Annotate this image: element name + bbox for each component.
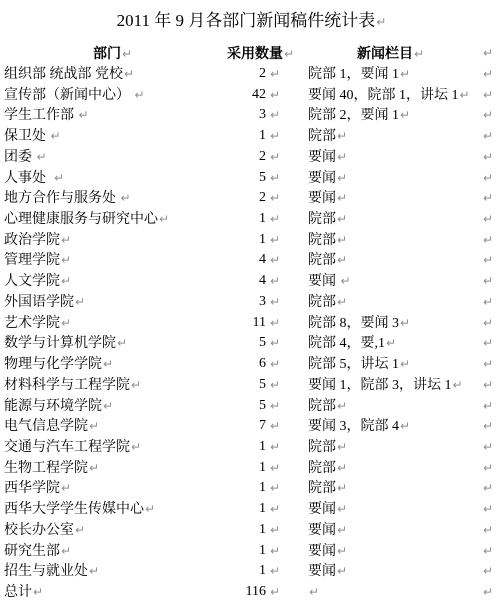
cell-news-columns: 院部 2，要闻 1↵	[308, 105, 410, 127]
row-end-mark-icon: ↵	[482, 333, 493, 354]
paragraph-mark-icon: ↵	[88, 419, 99, 433]
cell-count: 1	[170, 541, 266, 562]
paragraph-mark-icon: ↵	[336, 440, 347, 454]
row-end-mark-icon: ↵	[482, 416, 493, 437]
cell-news-columns: 要闻↵	[308, 168, 347, 190]
news-columns-text: 院部	[308, 212, 336, 227]
paragraph-mark-icon: ↵	[32, 585, 43, 599]
cell-news-columns: 院部↵	[308, 230, 347, 252]
paragraph-mark-icon: ↵	[121, 47, 132, 61]
paragraph-mark-icon: ↵	[269, 188, 280, 209]
news-columns-text: 院部	[308, 253, 336, 268]
cell-count: 5	[170, 333, 266, 354]
cell-department: 物理与化学学院↵	[4, 354, 113, 376]
cell-count: 4	[170, 271, 266, 292]
news-columns-text: 要闻	[308, 150, 336, 165]
cell-news-columns: 院部 1，要闻 1↵	[308, 64, 410, 86]
paragraph-mark-icon: ↵	[336, 481, 347, 495]
cell-count: 2	[170, 147, 266, 168]
paragraph-mark-icon: ↵	[459, 88, 470, 102]
cell-count: 1	[170, 458, 266, 479]
paragraph-mark-icon: ↵	[269, 147, 280, 168]
cell-news-columns: 院部↵	[308, 458, 347, 480]
paragraph-mark-icon: ↵	[269, 478, 280, 499]
news-columns-text: 要闻	[308, 191, 336, 206]
cell-news-columns: ↵	[308, 582, 319, 604]
table-row: 宣传部（新闻中心） ↵ 42 ↵ 要闻 40，院部 1，讲坛 1↵ ↵	[0, 85, 503, 106]
cell-department: 研究生部↵	[4, 541, 71, 563]
cell-news-columns: 院部↵	[308, 209, 347, 231]
cell-department: 政治学院↵	[4, 230, 71, 252]
row-end-mark-icon: ↵	[482, 250, 493, 271]
paragraph-mark-icon: ↵	[130, 440, 141, 454]
cell-news-columns: 要闻↵	[308, 499, 347, 521]
cell-count: 1	[170, 209, 266, 230]
news-columns-text: 要闻	[308, 564, 336, 579]
department-text: 艺术学院	[4, 316, 60, 331]
page-title: 2011 年 9 月各部门新闻稿件统计表	[117, 11, 376, 30]
paragraph-mark-icon: ↵	[336, 212, 347, 226]
cell-count: 1	[170, 499, 266, 520]
department-text: 总计	[4, 585, 32, 600]
cell-count: 1	[170, 478, 266, 499]
paragraph-mark-icon: ↵	[123, 67, 134, 81]
paragraph-mark-icon: ↵	[269, 416, 280, 437]
cell-news-columns: 院部↵	[308, 437, 347, 459]
department-text: 保卫处	[4, 129, 50, 144]
cell-department: 外国语学院↵	[4, 292, 85, 314]
table-row: 能源与环境学院↵ 5 ↵ 院部↵ ↵	[0, 396, 503, 417]
paragraph-mark-icon: ↵	[336, 461, 347, 475]
paragraph-mark-icon: ↵	[269, 396, 280, 417]
table-row: 招生与就业处↵ 1 ↵ 要闻↵ ↵	[0, 561, 503, 582]
paragraph-mark-icon: ↵	[269, 499, 280, 520]
paragraph-mark-icon: ↵	[102, 357, 113, 371]
department-text: 学生工作部	[4, 108, 78, 123]
header-department: 部门	[93, 45, 121, 61]
table-header: 部门↵ 采用数量↵ 新闻栏目↵ ↵	[0, 43, 503, 64]
news-columns-text: 院部 4，要,1	[308, 336, 385, 351]
row-end-mark-icon: ↵	[482, 188, 493, 209]
paragraph-mark-icon: ↵	[50, 129, 61, 143]
paragraph-mark-icon: ↵	[88, 564, 99, 578]
paragraph-mark-icon: ↵	[269, 85, 280, 106]
cell-count: 7	[170, 416, 266, 437]
department-text: 校长办公室	[4, 523, 74, 538]
paragraph-mark-icon: ↵	[336, 564, 347, 578]
cell-count: 1	[170, 520, 266, 541]
row-end-mark-icon: ↵	[482, 64, 493, 85]
department-text: 人文学院	[4, 274, 60, 289]
paragraph-mark-icon: ↵	[88, 461, 99, 475]
cell-department: 材料科学与工程学院↵	[4, 375, 141, 397]
department-text: 西华学院	[4, 481, 60, 496]
row-end-mark-icon: ↵	[482, 354, 493, 375]
document-page: 2011 年 9 月各部门新闻稿件统计表↵ 部门↵ 采用数量↵ 新闻栏目↵ ↵ …	[0, 0, 503, 611]
row-end-mark-icon: ↵	[482, 478, 493, 499]
header-count-cell: 采用数量↵	[227, 43, 294, 65]
cell-department: 管理学院↵	[4, 250, 71, 272]
news-columns-text: 院部	[308, 399, 336, 414]
department-text: 数学与计算机学院	[4, 336, 116, 351]
table-row: 艺术学院↵ 11 ↵ 院部 8，要闻 3↵ ↵	[0, 313, 503, 334]
cell-news-columns: 要闻 ↵	[308, 271, 351, 293]
cell-department: 交通与汽车工程学院↵	[4, 437, 141, 459]
news-columns-text: 要闻	[308, 523, 336, 538]
row-end-mark-icon: ↵	[482, 313, 493, 334]
paragraph-mark-icon: ↵	[336, 544, 347, 558]
paragraph-mark-icon: ↵	[269, 582, 280, 603]
row-end-mark-icon: ↵	[482, 105, 493, 126]
department-text: 心理健康服务与研究中心	[4, 212, 158, 227]
cell-count: 2	[170, 64, 266, 85]
paragraph-mark-icon: ↵	[269, 313, 280, 334]
paragraph-mark-icon: ↵	[269, 520, 280, 541]
row-end-mark-icon: ↵	[482, 230, 493, 251]
paragraph-mark-icon: ↵	[399, 67, 410, 81]
news-columns-text: 院部 2，要闻 1	[308, 108, 399, 123]
cell-count: 4	[170, 250, 266, 271]
news-columns-text: 院部 1，要闻 1	[308, 67, 399, 82]
paragraph-mark-icon: ↵	[336, 399, 347, 413]
row-end-mark-icon: ↵	[482, 375, 493, 396]
cell-department: 保卫处 ↵	[4, 126, 61, 148]
cell-count: 1	[170, 126, 266, 147]
row-end-mark-icon: ↵	[482, 499, 493, 520]
paragraph-mark-icon: ↵	[102, 399, 113, 413]
cell-news-columns: 要闻↵	[308, 147, 347, 169]
row-end-mark-icon: ↵	[482, 126, 493, 147]
paragraph-mark-icon: ↵	[269, 561, 280, 582]
table-row: 人文学院↵ 4 ↵ 要闻 ↵ ↵	[0, 271, 503, 292]
row-end-mark-icon: ↵	[482, 520, 493, 541]
department-text: 宣传部（新闻中心）	[4, 88, 134, 103]
table-row: 组织部 统战部 党校↵ 2 ↵ 院部 1，要闻 1↵ ↵	[0, 64, 503, 85]
cell-news-columns: 要闻 40，院部 1，讲坛 1↵	[308, 85, 470, 107]
cell-news-columns: 要闻 3，院部 4↵	[308, 416, 410, 438]
paragraph-mark-icon: ↵	[336, 502, 347, 516]
paragraph-mark-icon: ↵	[60, 316, 71, 330]
paragraph-mark-icon: ↵	[452, 378, 463, 392]
cell-news-columns: 要闻↵	[308, 561, 347, 583]
paragraph-mark-icon: ↵	[269, 250, 280, 271]
paragraph-mark-icon: ↵	[269, 168, 280, 189]
department-text: 管理学院	[4, 253, 60, 268]
row-end-mark-icon: ↵	[482, 85, 493, 106]
table-row: 材料科学与工程学院↵ 5 ↵ 要闻 1，院部 3，讲坛 1↵ ↵	[0, 375, 503, 396]
paragraph-mark-icon: ↵	[385, 336, 396, 350]
department-text: 交通与汽车工程学院	[4, 440, 130, 455]
news-columns-text: 要闻	[308, 171, 336, 186]
news-columns-text: 院部	[308, 481, 336, 496]
cell-news-columns: 要闻↵	[308, 188, 347, 210]
department-text: 政治学院	[4, 233, 60, 248]
department-text: 外国语学院	[4, 295, 74, 310]
news-columns-text: 院部 5，讲坛 1	[308, 357, 399, 372]
paragraph-mark-icon: ↵	[336, 253, 347, 267]
cell-count: 116	[170, 582, 266, 603]
cell-department: 宣传部（新闻中心） ↵	[4, 85, 145, 107]
cell-count: 5	[170, 375, 266, 396]
paragraph-mark-icon: ↵	[269, 126, 280, 147]
news-columns-text: 要闻 40，院部 1，讲坛 1	[308, 88, 459, 103]
paragraph-mark-icon: ↵	[60, 274, 71, 288]
department-text: 电气信息学院	[4, 419, 88, 434]
news-columns-text: 院部	[308, 440, 336, 455]
cell-news-columns: 院部 4，要,1↵	[308, 333, 396, 355]
table-row: 学生工作部 ↵ 3 ↵ 院部 2，要闻 1↵ ↵	[0, 105, 503, 126]
cell-department: 艺术学院↵	[4, 313, 71, 335]
cell-department: 数学与计算机学院↵	[4, 333, 127, 355]
department-text: 物理与化学学院	[4, 357, 102, 372]
department-text: 生物工程学院	[4, 461, 88, 476]
row-end-mark-icon: ↵	[482, 561, 493, 582]
paragraph-mark-icon: ↵	[60, 233, 71, 247]
cell-count: 1	[170, 230, 266, 251]
cell-news-columns: 院部↵	[308, 126, 347, 148]
header-columns: 新闻栏目	[357, 45, 413, 61]
cell-count: 2	[170, 188, 266, 209]
table-row: 校长办公室↵ 1 ↵ 要闻↵ ↵	[0, 520, 503, 541]
cell-count: 6	[170, 354, 266, 375]
paragraph-mark-icon: ↵	[74, 295, 85, 309]
cell-department: 学生工作部 ↵	[4, 105, 89, 127]
news-columns-text: 要闻	[308, 274, 340, 289]
cell-department: 西华大学学生传媒中心↵	[4, 499, 155, 521]
department-text: 研究生部	[4, 544, 60, 559]
cell-news-columns: 院部 8，要闻 3↵	[308, 313, 410, 335]
paragraph-mark-icon: ↵	[269, 64, 280, 85]
news-columns-text: 院部 8，要闻 3	[308, 316, 399, 331]
table-row: 西华学院↵ 1 ↵ 院部↵ ↵	[0, 478, 503, 499]
cell-department: 人文学院↵	[4, 271, 71, 293]
paragraph-mark-icon: ↵	[269, 333, 280, 354]
cell-department: 电气信息学院↵	[4, 416, 99, 438]
header-count: 采用数量	[227, 45, 283, 61]
paragraph-mark-icon: ↵	[269, 354, 280, 375]
table-row: 团委 ↵ 2 ↵ 要闻↵ ↵	[0, 147, 503, 168]
cell-news-columns: 院部↵	[308, 396, 347, 418]
department-text: 招生与就业处	[4, 564, 88, 579]
paragraph-mark-icon: ↵	[340, 274, 351, 288]
table-row: 地方合作与服务处 ↵ 2 ↵ 要闻↵ ↵	[0, 188, 503, 209]
row-end-mark-icon: ↵	[482, 168, 493, 189]
cell-count: 1	[170, 561, 266, 582]
paragraph-mark-icon: ↵	[60, 544, 71, 558]
paragraph-mark-icon: ↵	[269, 271, 280, 292]
row-end-mark-icon: ↵	[482, 271, 493, 292]
news-columns-text: 要闻	[308, 544, 336, 559]
paragraph-mark-icon: ↵	[130, 378, 141, 392]
paragraph-mark-icon: ↵	[134, 88, 145, 102]
news-columns-text: 院部	[308, 233, 336, 248]
paragraph-mark-icon: ↵	[336, 233, 347, 247]
department-text: 团委	[4, 150, 36, 165]
cell-news-columns: 院部 5，讲坛 1↵	[308, 354, 410, 376]
paragraph-mark-icon: ↵	[413, 47, 424, 61]
table-row: 心理健康服务与研究中心↵ 1 ↵ 院部↵ ↵	[0, 209, 503, 230]
cell-count: 5	[170, 168, 266, 189]
department-text: 地方合作与服务处	[4, 191, 120, 206]
table-row: 电气信息学院↵ 7 ↵ 要闻 3，院部 4↵ ↵	[0, 416, 503, 437]
news-columns-text: 院部	[308, 295, 336, 310]
cell-count: 42	[170, 85, 266, 106]
table-body: 组织部 统战部 党校↵ 2 ↵ 院部 1，要闻 1↵ ↵ 宣传部（新闻中心） ↵…	[0, 64, 503, 603]
cell-department: 能源与环境学院↵	[4, 396, 113, 418]
news-columns-text: 院部	[308, 129, 336, 144]
department-text: 人事处	[4, 171, 53, 186]
paragraph-mark-icon: ↵	[269, 437, 280, 458]
paragraph-mark-icon: ↵	[336, 191, 347, 205]
paragraph-mark-icon: ↵	[78, 108, 89, 122]
paragraph-mark-icon: ↵	[336, 171, 347, 185]
cell-count: 5	[170, 396, 266, 417]
paragraph-mark-icon: ↵	[144, 502, 155, 516]
paragraph-mark-icon: ↵	[269, 541, 280, 562]
row-end-mark-icon: ↵	[482, 582, 493, 603]
news-columns-text: 要闻 3，院部 4	[308, 419, 399, 434]
paragraph-mark-icon: ↵	[60, 481, 71, 495]
paragraph-mark-icon: ↵	[283, 47, 294, 61]
department-text: 组织部 统战部 党校	[4, 67, 123, 82]
department-text: 西华大学学生传媒中心	[4, 502, 144, 517]
cell-count: 11	[170, 313, 266, 334]
table-row: 管理学院↵ 4 ↵ 院部↵ ↵	[0, 250, 503, 271]
paragraph-mark-icon: ↵	[308, 585, 319, 599]
news-columns-text: 院部	[308, 461, 336, 476]
paragraph-mark-icon: ↵	[336, 523, 347, 537]
cell-department: 地方合作与服务处 ↵	[4, 188, 131, 210]
paragraph-mark-icon: ↵	[60, 253, 71, 267]
paragraph-mark-icon: ↵	[36, 150, 47, 164]
row-end-mark-icon: ↵	[482, 396, 493, 417]
department-text: 能源与环境学院	[4, 399, 102, 414]
paragraph-mark-icon: ↵	[399, 357, 410, 371]
cell-count: 1	[170, 437, 266, 458]
paragraph-mark-icon: ↵	[336, 129, 347, 143]
paragraph-mark-icon: ↵	[158, 212, 169, 226]
paragraph-mark-icon: ↵	[336, 295, 347, 309]
cell-department: 心理健康服务与研究中心↵	[4, 209, 169, 231]
table-row: 西华大学学生传媒中心↵ 1 ↵ 要闻↵ ↵	[0, 499, 503, 520]
cell-count: 3	[170, 105, 266, 126]
cell-department: 招生与就业处↵	[4, 561, 99, 583]
cell-department: 总计↵	[4, 582, 43, 604]
cell-count: 3	[170, 292, 266, 313]
table-row: 交通与汽车工程学院↵ 1 ↵ 院部↵ ↵	[0, 437, 503, 458]
table-row: 总计↵ 116 ↵ ↵ ↵	[0, 582, 503, 603]
paragraph-mark-icon: ↵	[269, 105, 280, 126]
cell-department: 团委 ↵	[4, 147, 47, 169]
cell-news-columns: 要闻↵	[308, 541, 347, 563]
cell-department: 西华学院↵	[4, 478, 71, 500]
row-end-mark-icon: ↵	[482, 437, 493, 458]
table-row: 外国语学院↵ 3 ↵ 院部↵ ↵	[0, 292, 503, 313]
cell-department: 校长办公室↵	[4, 520, 85, 542]
table-row: 政治学院↵ 1 ↵ 院部↵ ↵	[0, 230, 503, 251]
table-row: 保卫处 ↵ 1 ↵ 院部↵ ↵	[0, 126, 503, 147]
cell-news-columns: 院部↵	[308, 478, 347, 500]
paragraph-mark-icon: ↵	[116, 336, 127, 350]
paragraph-mark-icon: ↵	[269, 292, 280, 313]
row-end-mark-icon: ↵	[482, 292, 493, 313]
title-line: 2011 年 9 月各部门新闻稿件统计表↵	[0, 8, 503, 35]
paragraph-mark-icon: ↵	[53, 171, 64, 185]
row-end-mark-icon: ↵	[482, 541, 493, 562]
table-row: 数学与计算机学院↵ 5 ↵ 院部 4，要,1↵ ↵	[0, 333, 503, 354]
department-text: 材料科学与工程学院	[4, 378, 130, 393]
cell-department: 组织部 统战部 党校↵	[4, 64, 134, 86]
paragraph-mark-icon: ↵	[399, 316, 410, 330]
row-end-mark-icon: ↵	[482, 43, 493, 64]
paragraph-mark-icon: ↵	[399, 108, 410, 122]
cell-news-columns: 要闻↵	[308, 520, 347, 542]
row-end-mark-icon: ↵	[482, 147, 493, 168]
paragraph-mark-icon: ↵	[120, 191, 131, 205]
news-columns-text: 要闻 1，院部 3，讲坛 1	[308, 378, 452, 393]
news-columns-text: 要闻	[308, 502, 336, 517]
cell-news-columns: 要闻 1，院部 3，讲坛 1↵	[308, 375, 463, 397]
paragraph-mark-icon: ↵	[399, 419, 410, 433]
row-end-mark-icon: ↵	[482, 209, 493, 230]
paragraph-mark-icon: ↵	[269, 458, 280, 479]
header-columns-cell: 新闻栏目↵	[357, 43, 424, 65]
table-row: 物理与化学学院↵ 6 ↵ 院部 5，讲坛 1↵ ↵	[0, 354, 503, 375]
paragraph-mark-icon: ↵	[269, 209, 280, 230]
paragraph-mark-icon: ↵	[269, 375, 280, 396]
row-end-mark-icon: ↵	[482, 458, 493, 479]
paragraph-mark-icon: ↵	[269, 230, 280, 251]
cell-news-columns: 院部↵	[308, 250, 347, 272]
header-department-cell: 部门↵	[93, 43, 132, 65]
paragraph-mark-icon: ↵	[336, 150, 347, 164]
paragraph-mark-icon: ↵	[375, 15, 386, 29]
table-row: 人事处 ↵ 5 ↵ 要闻↵ ↵	[0, 168, 503, 189]
cell-department: 生物工程学院↵	[4, 458, 99, 480]
table-row: 研究生部↵ 1 ↵ 要闻↵ ↵	[0, 541, 503, 562]
cell-news-columns: 院部↵	[308, 292, 347, 314]
cell-department: 人事处 ↵	[4, 168, 64, 190]
paragraph-mark-icon: ↵	[74, 523, 85, 537]
table-row: 生物工程学院↵ 1 ↵ 院部↵ ↵	[0, 458, 503, 479]
